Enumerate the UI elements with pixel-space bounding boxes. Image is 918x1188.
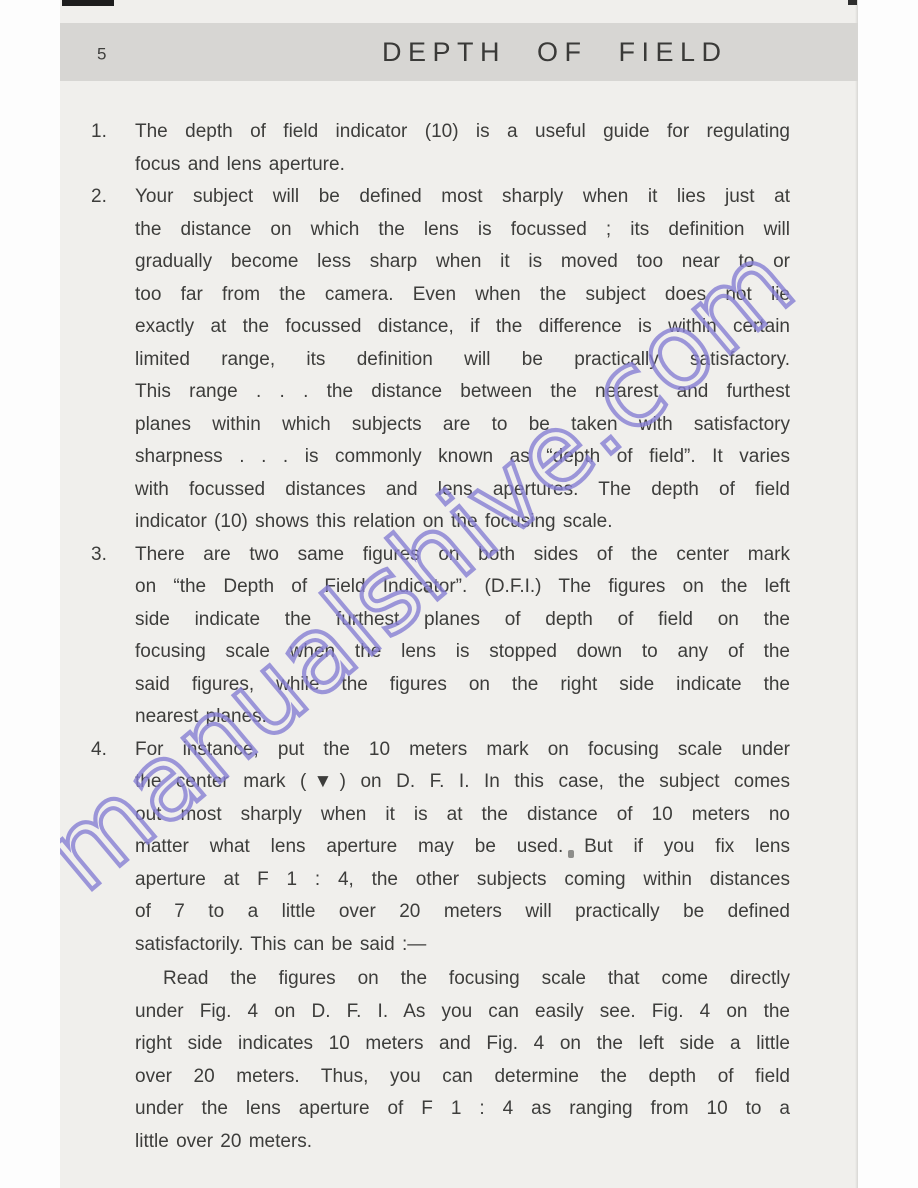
text-line: planes within which subjects are to be t… <box>135 409 790 442</box>
text-line: Your subject will be defined most sharpl… <box>135 181 790 214</box>
numbered-item-4: 4.For instance, put the 10 meters mark o… <box>135 734 790 962</box>
page-number: 5 <box>97 44 106 64</box>
text-line: too far from the camera. Even when the s… <box>135 279 790 312</box>
scanned-page-canvas: 5 DEPTH OF FIELD 1.The depth of field in… <box>0 0 918 1188</box>
text-line: The depth of field indicator (10) is a u… <box>135 116 790 149</box>
numbered-item-1: 1.The depth of field indicator (10) is a… <box>135 116 790 181</box>
text-line: Read the figures on the focusing scale t… <box>135 963 790 996</box>
text-line: said figures, while the figures on the r… <box>135 669 790 702</box>
item-number: 2. <box>91 181 107 214</box>
text-line: right side indicates 10 meters and Fig. … <box>135 1028 790 1061</box>
text-line: with focussed distances and lens apertur… <box>135 474 790 507</box>
item-number: 3. <box>91 539 107 572</box>
numbered-item-2: 2.Your subject will be defined most shar… <box>135 181 790 539</box>
page-header: 5 DEPTH OF FIELD <box>60 23 858 81</box>
text-line: little over 20 meters. <box>135 1126 790 1159</box>
text-line: satisfactorily. This can be said :— <box>135 929 790 962</box>
text-line: focus and lens aperture. <box>135 149 790 182</box>
page-edge-shadow <box>855 0 858 1188</box>
text-line: aperture at F 1 : 4, the other subjects … <box>135 864 790 897</box>
text-line: For instance, put the 10 meters mark on … <box>135 734 790 767</box>
page-body: 1.The depth of field indicator (10) is a… <box>135 116 790 1158</box>
text-line: limited range, its definition will be pr… <box>135 344 790 377</box>
text-line: There are two same figures on both sides… <box>135 539 790 572</box>
text-line: side indicate the furthest planes of dep… <box>135 604 790 637</box>
text-line: over 20 meters. Thus, you can determine … <box>135 1061 790 1094</box>
text-line: gradually become less sharp when it is m… <box>135 246 790 279</box>
numbered-item-3: 3.There are two same figures on both sid… <box>135 539 790 734</box>
text-line: the distance on which the lens is focuss… <box>135 214 790 247</box>
scan-artifact <box>62 0 114 6</box>
item-number: 4. <box>91 734 107 767</box>
item-number: 1. <box>91 116 107 149</box>
text-line: nearest planes. <box>135 701 790 734</box>
text-line: This range . . . the distance between th… <box>135 376 790 409</box>
text-line: matter what lens aperture may be used. B… <box>135 831 790 864</box>
text-line: the center mark (▼) on D. F. I. In this … <box>135 766 790 799</box>
text-line: focusing scale when the lens is stopped … <box>135 636 790 669</box>
text-line: of 7 to a little over 20 meters will pra… <box>135 896 790 929</box>
text-line: out most sharply when it is at the dista… <box>135 799 790 832</box>
text-line: sharpness . . . is commonly known as “de… <box>135 441 790 474</box>
text-line: exactly at the focussed distance, if the… <box>135 311 790 344</box>
text-line: under the lens aperture of F 1 : 4 as ra… <box>135 1093 790 1126</box>
text-line: under Fig. 4 on D. F. I. As you can easi… <box>135 996 790 1029</box>
text-line: indicator (10) shows this relation on th… <box>135 506 790 539</box>
page-title: DEPTH OF FIELD <box>382 37 728 68</box>
text-line: on “the Depth of Field Indicator”. (D.F.… <box>135 571 790 604</box>
manual-page: 5 DEPTH OF FIELD 1.The depth of field in… <box>60 0 858 1188</box>
closing-paragraph: Read the figures on the focusing scale t… <box>135 963 790 1158</box>
